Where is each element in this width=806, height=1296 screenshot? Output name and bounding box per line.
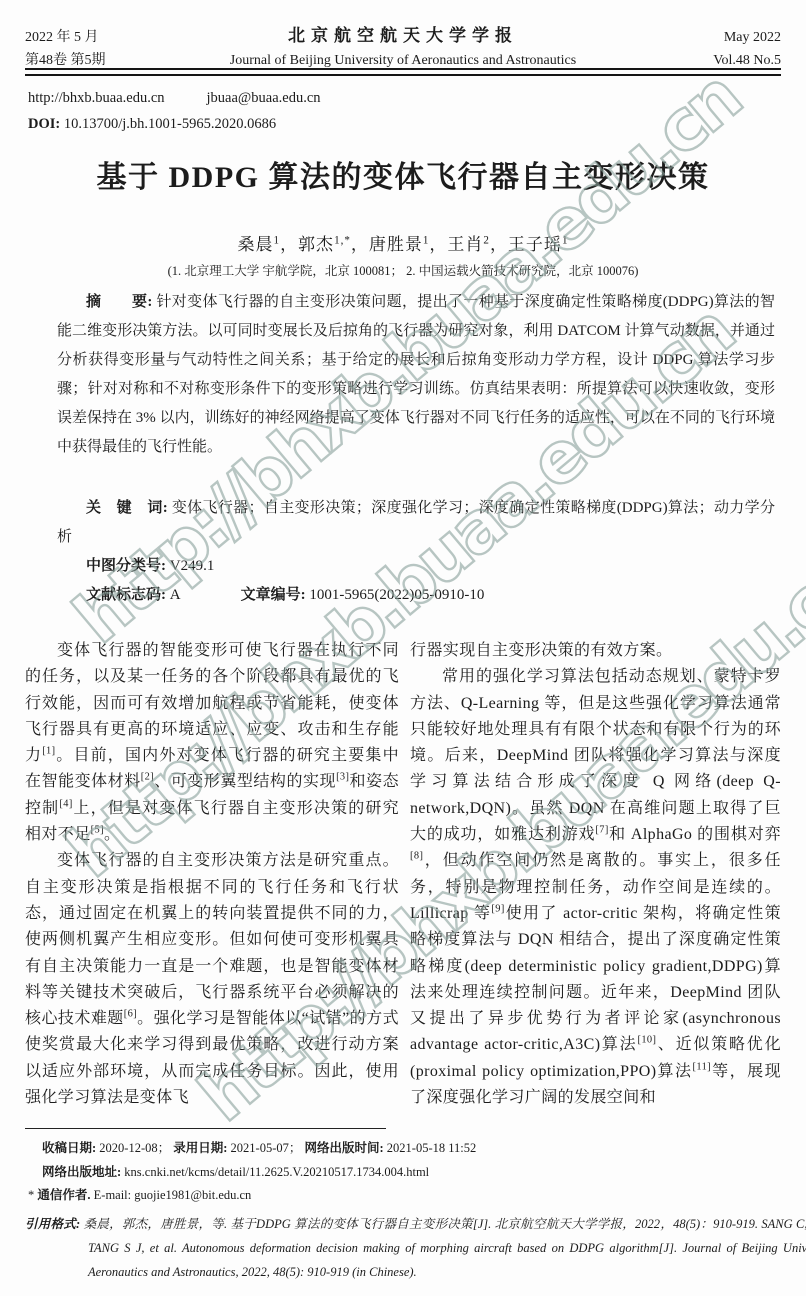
article-title: 基于 DDPG 算法的变体飞行器自主变形决策 xyxy=(0,152,806,196)
body-paragraph: 变体飞行器的自主变形决策方法是研究重点。自主变形决策是指根据不同的飞行任务和飞行… xyxy=(25,848,399,1111)
body-paragraph-continuation: 行器实现自主变形决策的有效方案。 xyxy=(410,638,781,664)
issue-date-en: May 2022 xyxy=(646,26,781,49)
journal-website-url: http://bhxb.buaa.edu.cn xyxy=(28,90,165,106)
doi-line: DOI: 10.13700/j.bh.1001-5965.2020.0686 xyxy=(28,116,276,133)
issue-date-cn: 2022 年 5 月 xyxy=(25,26,160,49)
journal-contact-line: http://bhxb.buaa.edu.cnjbuaa@buaa.edu.cn xyxy=(28,90,321,107)
body-column-right: 行器实现自主变形决策的有效方案。 常用的强化学习算法包括动态规划、蒙特卡罗方法、… xyxy=(410,638,781,1111)
clc-number-line: 中图分类号: V249.1 xyxy=(57,552,775,581)
received-dates-line: 收稿日期: 2020-12-08； 录用日期: 2021-05-07； 网络出版… xyxy=(25,1137,785,1161)
journal-header: 2022 年 5 月 北京航空航天大学学报 May 2022 第48卷 第5期 … xyxy=(25,24,781,72)
author-list: 桑晨1，郭杰1,*，唐胜景1，王肖2，王子瑶1 xyxy=(0,230,806,255)
abstract-block: 摘 要: 针对变体飞行器的自主变形决策问题，提出了一种基于深度确定性策略梯度(D… xyxy=(57,288,775,462)
online-publish-url-line: 网络出版地址: kns.cnki.net/kcms/detail/11.2625… xyxy=(25,1161,785,1185)
journal-paper-page: http://bhxb.buaa.edu.cn http://bhxb.buaa… xyxy=(0,0,806,1296)
affiliation-line: (1. 北京理工大学 宇航学院，北京 100081； 2. 中国运载火箭技术研究… xyxy=(0,261,806,279)
body-column-left: 变体飞行器的智能变形可使飞行器在执行不同的任务，以及某一任务的各个阶段都具有最优… xyxy=(25,638,399,1111)
journal-email: jbuaa@buaa.edu.cn xyxy=(207,90,321,106)
footnote-block: 收稿日期: 2020-12-08； 录用日期: 2021-05-07； 网络出版… xyxy=(25,1137,785,1208)
body-paragraph: 变体飞行器的智能变形可使飞行器在执行不同的任务，以及某一任务的各个阶段都具有最优… xyxy=(25,638,399,848)
citation-format-block: 引用格式: 桑晨，郭杰，唐胜景，等. 基于DDPG 算法的变体飞行器自主变形决策… xyxy=(25,1212,806,1284)
body-paragraph: 常用的强化学习算法包括动态规划、蒙特卡罗方法、Q-Learning 等，但是这些… xyxy=(410,664,781,1111)
keywords-block: 关 键 词: 变体飞行器；自主变形决策；深度强化学习；深度确定性策略梯度(DDP… xyxy=(57,494,775,552)
journal-title-cn: 北京航空航天大学学报 xyxy=(160,24,646,47)
corresponding-author-line: * 通信作者. E-mail: guojie1981@bit.edu.cn xyxy=(25,1184,785,1208)
header-row-1: 2022 年 5 月 北京航空航天大学学报 May 2022 xyxy=(25,24,781,49)
header-double-rule xyxy=(25,68,781,76)
document-code-line: 文献标志码: A 文章编号: 1001-5965(2022)05-0910-10 xyxy=(57,581,775,610)
footnote-rule xyxy=(25,1128,386,1129)
